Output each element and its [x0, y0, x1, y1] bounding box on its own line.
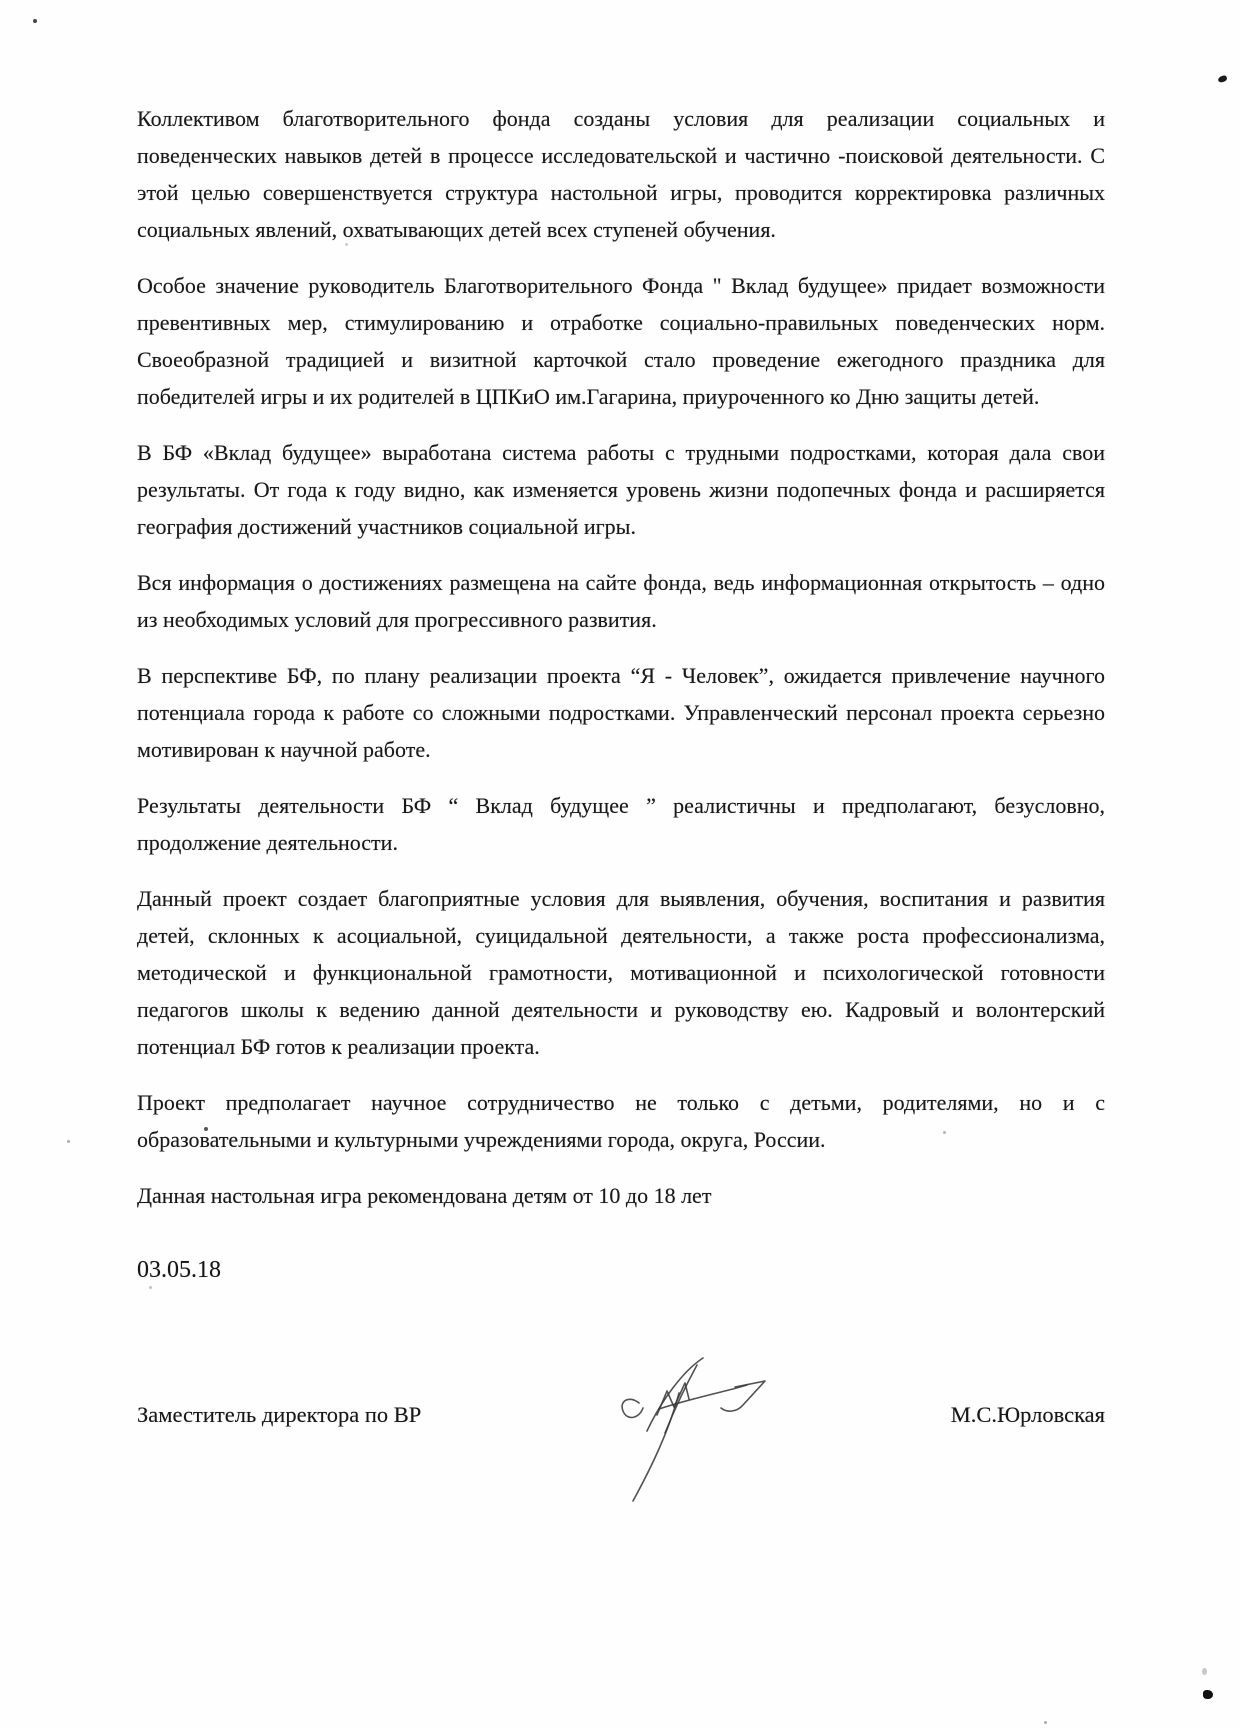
handwritten-signature-icon	[617, 1353, 767, 1508]
paragraph-2: Особое значение руководитель Благотворит…	[137, 267, 1105, 415]
scan-speck	[33, 19, 37, 23]
scan-speck	[149, 1286, 152, 1289]
paragraph-7: Данный проект создает благоприятные усло…	[137, 880, 1105, 1065]
signature-block: Заместитель директора по ВР М.С.Юрловска…	[137, 1398, 1105, 1558]
paragraph-4: Вся информация о достижениях размещена н…	[137, 564, 1105, 638]
paragraph-5: В перспективе БФ, по плану реализации пр…	[137, 657, 1105, 768]
paragraph-9: Данная настольная игра рекомендована дет…	[137, 1177, 1105, 1214]
scan-speck	[1044, 1721, 1047, 1724]
scan-speck	[1217, 75, 1227, 83]
scan-speck	[345, 243, 348, 246]
scan-speck	[943, 1131, 946, 1134]
scan-speck	[1202, 1668, 1207, 1675]
paragraph-1: Коллективом благотворительного фонда соз…	[137, 100, 1105, 248]
paragraph-8: Проект предполагает научное сотрудничест…	[137, 1084, 1105, 1158]
paragraph-6: Результаты деятельности БФ “ Вклад будущ…	[137, 787, 1105, 861]
document-content: Коллективом благотворительного фонда соз…	[137, 100, 1105, 1558]
signatory-position: Заместитель директора по ВР	[137, 1398, 421, 1432]
scan-speck	[67, 1140, 70, 1143]
scan-speck	[1203, 1690, 1213, 1699]
document-date: 03.05.18	[137, 1252, 1105, 1288]
scan-speck	[380, 285, 384, 288]
signatory-name: М.С.Юрловская	[951, 1398, 1105, 1432]
paragraph-3: В БФ «Вклад будущее» выработана система …	[137, 434, 1105, 545]
scan-speck	[204, 1127, 208, 1131]
scanned-document-page: Коллективом благотворительного фонда соз…	[0, 0, 1240, 1728]
